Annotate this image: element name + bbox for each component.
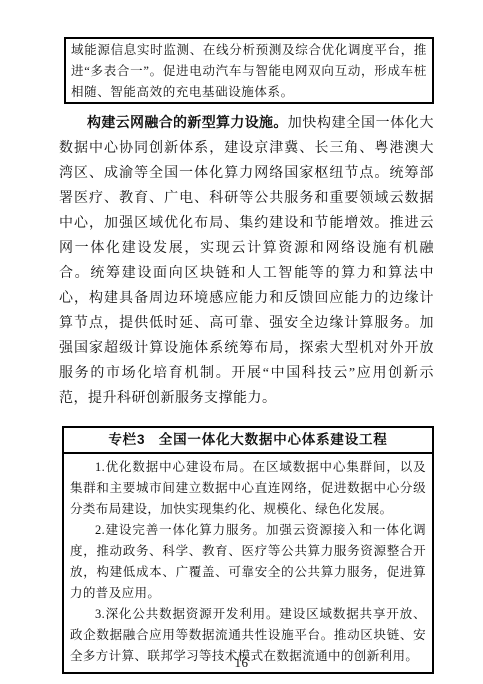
paragraph-bold-lead: 构建云网融合的新型算力设施。 bbox=[87, 114, 288, 130]
feature-box-label: 专栏3 bbox=[108, 432, 145, 447]
feature-box-item-2: 2.建设完善一体化算力服务。加强云资源接入和一体化调度，推动政务、科学、教育、医… bbox=[70, 520, 426, 604]
feature-box-title-row: 专栏3全国一体化大数据中心体系建设工程 bbox=[64, 428, 432, 454]
paragraph-text: 加快构建全国一体化大数据中心协同创新体系，建设京津冀、长三角、粤港澳大湾区、成渝… bbox=[59, 116, 434, 406]
feature-box-item-1: 1.优化数据中心建设布局。在区域数据中心集群间，以及集群和主要城市间建立数据中心… bbox=[70, 457, 426, 520]
continued-column-text: 域能源信息实时监测、在线分析预测及综合优化调度平台，推进“多表合一”。促进电动汽… bbox=[71, 43, 427, 99]
feature-box-body: 1.优化数据中心建设布局。在区域数据中心集群间，以及集群和主要城市间建立数据中心… bbox=[64, 454, 432, 672]
feature-box-title: 全国一体化大数据中心体系建设工程 bbox=[159, 432, 388, 447]
document-page: 域能源信息实时监测、在线分析预测及综合优化调度平台，推进“多表合一”。促进电动汽… bbox=[0, 0, 483, 684]
continued-column-box: 域能源信息实时监测、在线分析预测及综合优化调度平台，推进“多表合一”。促进电动汽… bbox=[64, 37, 434, 104]
body-paragraph: 构建云网融合的新型算力设施。加快构建全国一体化大数据中心协同创新体系，建设京津冀… bbox=[59, 110, 434, 411]
page-number: 16 bbox=[0, 655, 483, 671]
feature-box: 专栏3全国一体化大数据中心体系建设工程 1.优化数据中心建设布局。在区域数据中心… bbox=[62, 426, 434, 674]
